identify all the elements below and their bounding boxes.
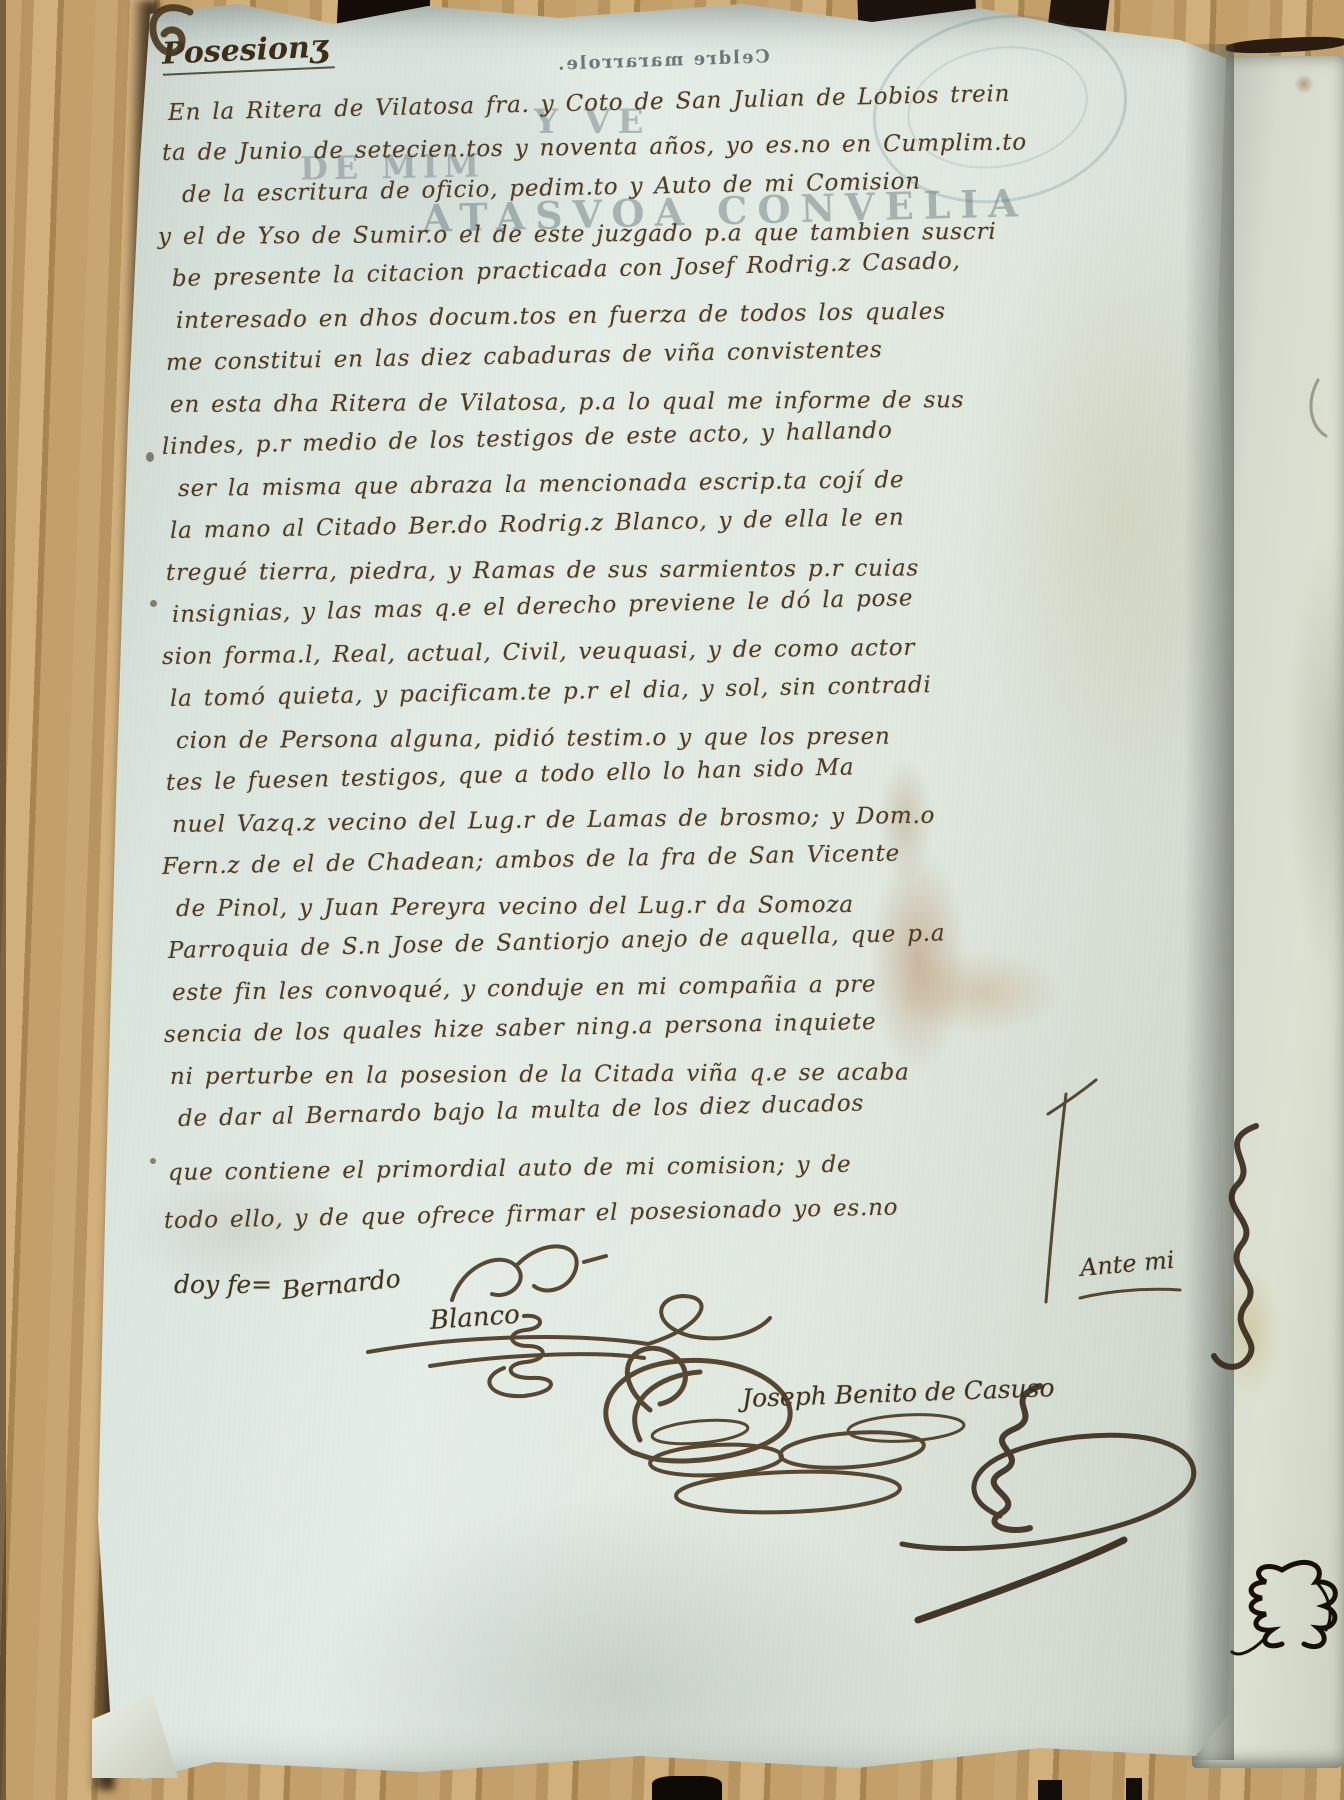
manuscript-line: y el de Yso de Sumir.o el de este juzgad… bbox=[158, 219, 997, 250]
heading-flourish: ʒ bbox=[309, 27, 329, 66]
table-slat-gap bbox=[1226, 35, 1344, 55]
table-slat-gap bbox=[652, 1776, 722, 1800]
manuscript-line: de Pinol, y Juan Pereyra vecino del Lug.… bbox=[176, 892, 854, 922]
table-slat-gap bbox=[1038, 1780, 1062, 1800]
manuscript-line: cion de Persona alguna, pidió testim.o y… bbox=[176, 724, 891, 754]
manuscript-line: tregué tierra, piedra, y Ramas de sus sa… bbox=[166, 555, 919, 586]
heading-text: Posesion bbox=[161, 30, 310, 71]
manuscript-line: en esta dha Ritera de Vilatosa, p.a lo q… bbox=[170, 387, 965, 418]
page-title: Posesionʒ bbox=[161, 26, 335, 75]
margin-ink-dot bbox=[150, 600, 157, 607]
closing-doy-fe: doy fe= bbox=[174, 1270, 272, 1299]
photo-canvas: Celdre mararrole. Y VE DE MIM ATASVOA CO… bbox=[0, 0, 1344, 1800]
signature-blanco: Blanco bbox=[429, 1300, 521, 1336]
margin-ink-dot bbox=[146, 452, 154, 462]
margin-ink-dot bbox=[150, 1158, 156, 1164]
manuscript-line: ni perturbe en la posesion de la Citada … bbox=[170, 1059, 910, 1090]
table-slat-gap bbox=[1126, 1778, 1142, 1800]
